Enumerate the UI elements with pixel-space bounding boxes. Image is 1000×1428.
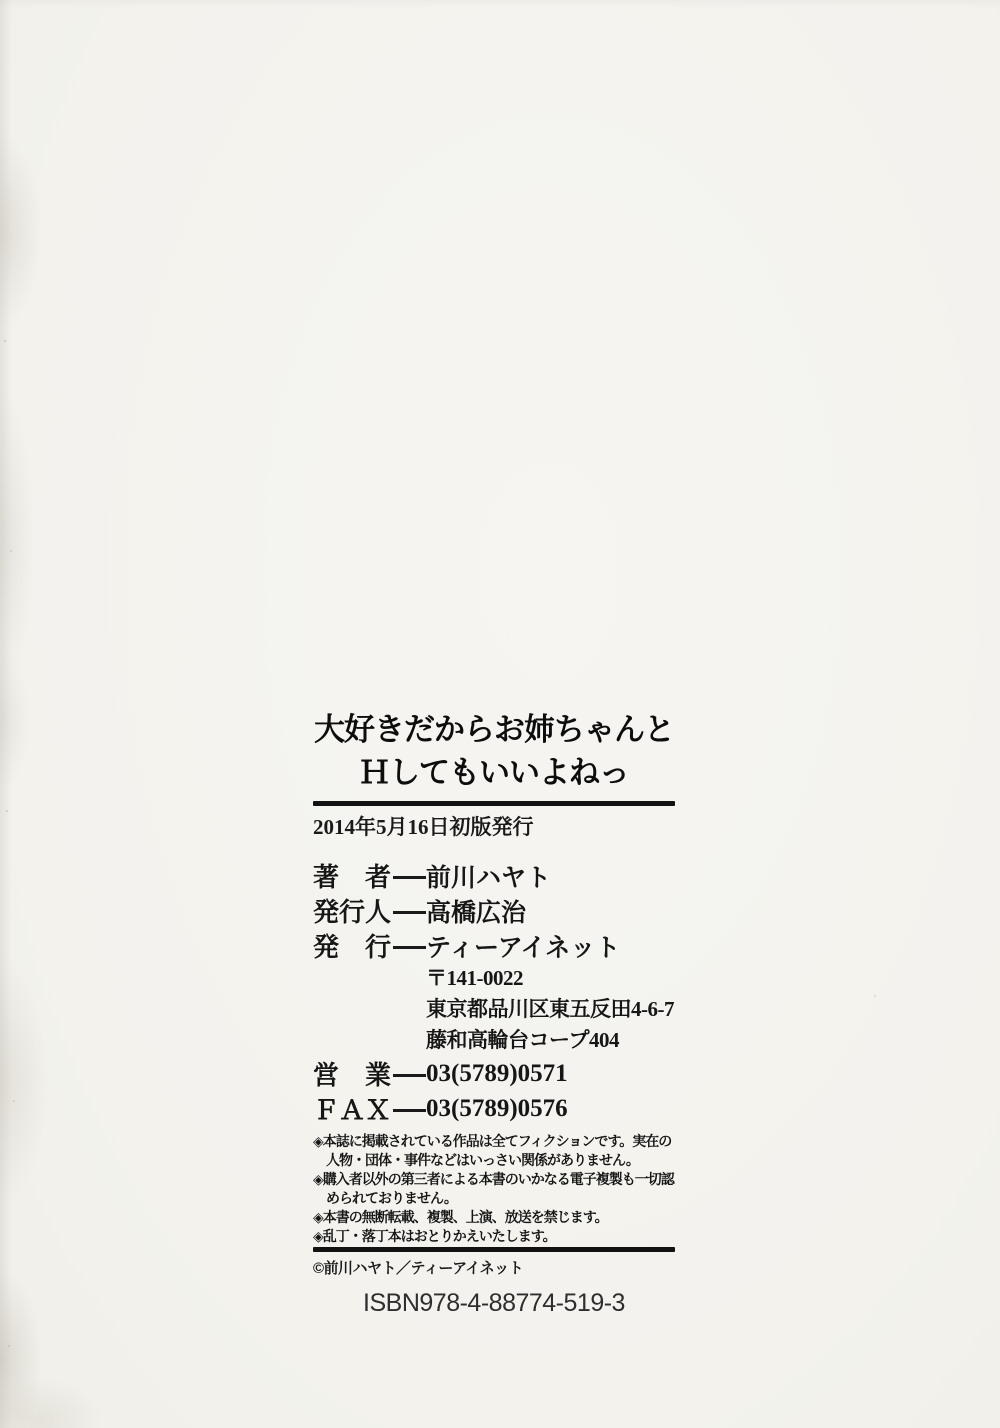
notice-fiction-disclaimer: ◈本誌に掲載されている作品は全てフィクションです。実在の人物・団体・事件などはい…	[313, 1132, 675, 1170]
paper-speckles	[4, 340, 6, 342]
notice-defective-copies: ◈乱丁・落丁本はおとりかえいたします。	[313, 1227, 675, 1246]
publication-row-publisher: 発 行 ティーアイネット	[313, 928, 675, 963]
colophon-block: 大好きだからお姉ちゃんと Ｈしてもいいよねっ 2014年5月16日初版発行 著 …	[313, 708, 675, 1318]
book-title-line-2: Ｈしてもいいよねっ	[313, 751, 675, 794]
publisher-address: 〒141-0022 東京都品川区東五反田4-6-7 藤和高輪台コープ404	[426, 963, 675, 1056]
title-divider-rule	[313, 801, 675, 806]
address-line-1: 東京都品川区東五反田4-6-7	[426, 994, 675, 1025]
author-label: 著 者	[313, 857, 393, 894]
issuer-value: 高橋広治	[426, 893, 526, 929]
dash-connector	[393, 876, 426, 879]
dash-connector	[393, 1074, 426, 1077]
dash-connector	[393, 946, 426, 949]
postal-code: 〒141-0022	[426, 963, 675, 994]
dash-connector	[393, 1109, 426, 1112]
contact-row-fax: ＦＡＸ 03(5789)0576	[313, 1091, 675, 1126]
publisher-label: 発 行	[313, 927, 393, 964]
notice-digital-copy: ◈購入者以外の第三者による本書のいかなる電子複製も一切認められておりません。	[313, 1170, 675, 1208]
bottom-divider-rule	[313, 1247, 675, 1252]
legal-notices: ◈本誌に掲載されている作品は全てフィクションです。実在の人物・団体・事件などはい…	[313, 1132, 675, 1246]
isbn-number: ISBN978-4-88774-519-3	[313, 1289, 675, 1318]
issuer-label: 発行人	[313, 892, 393, 929]
author-value: 前川ハヤト	[426, 858, 551, 894]
publication-row-author: 著 者 前川ハヤト	[313, 858, 675, 893]
address-line-2: 藤和高輪台コープ404	[426, 1025, 675, 1056]
book-title: 大好きだからお姉ちゃんと Ｈしてもいいよねっ	[313, 708, 675, 794]
sales-phone: 03(5789)0571	[426, 1060, 568, 1088]
copyright-line: ©前川ハヤト／ティーアイネット	[313, 1259, 675, 1278]
contact-rows: 営 業 03(5789)0571 ＦＡＸ 03(5789)0576	[313, 1056, 675, 1126]
publisher-value: ティーアイネット	[426, 928, 620, 964]
sales-label: 営 業	[313, 1055, 393, 1092]
fax-phone: 03(5789)0576	[426, 1095, 568, 1123]
publication-row-issuer: 発行人 高橋広治	[313, 893, 675, 928]
notice-reproduction: ◈本書の無断転載、複製、上演、放送を禁じます。	[313, 1208, 675, 1227]
book-title-line-1: 大好きだからお姉ちゃんと	[313, 708, 675, 751]
fax-label: ＦＡＸ	[313, 1090, 393, 1127]
dash-connector	[393, 911, 426, 914]
publication-info-rows: 著 者 前川ハヤト 発行人 高橋広治 発 行 ティーアイネット	[313, 858, 675, 963]
edition-date: 2014年5月16日初版発行	[313, 813, 675, 842]
contact-row-sales: 営 業 03(5789)0571	[313, 1056, 675, 1091]
